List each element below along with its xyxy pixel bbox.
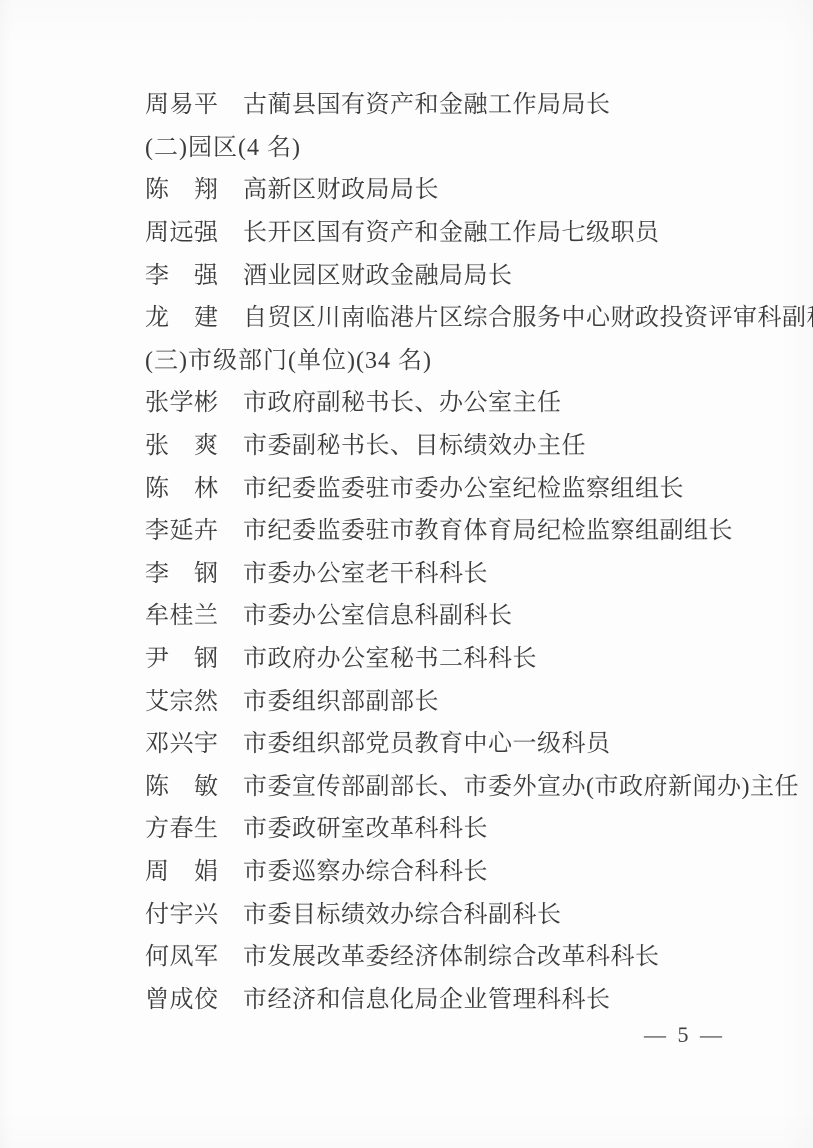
person-title: 市委政研室改革科科长 [243,817,795,841]
list-item: 李 钢市委办公室老干科科长 [145,553,795,596]
list-item: 艾宗然市委组织部副部长 [145,680,795,723]
list-item: 龙 建自贸区川南临港片区综合服务中心财政投资评审科副科长 [145,297,795,340]
list-item: 周远强长开区国有资产和金融工作局七级职员 [145,212,795,255]
person-name: 陈 林 [145,477,243,501]
list-item: 尹 钢市政府办公室秘书二科科长 [145,638,795,681]
person-name: 龙 建 [145,306,243,330]
section-heading: (三)市级部门(单位)(34 名) [145,340,795,383]
person-name: 牟桂兰 [145,604,243,628]
person-title: 市委办公室老干科科长 [243,562,795,586]
person-title: 市纪委监委驻市委办公室纪检监察组组长 [243,477,795,501]
person-title: 酒业园区财政金融局局长 [243,264,795,288]
person-title: 自贸区川南临港片区综合服务中心财政投资评审科副科长 [243,306,813,330]
list-item: 张 爽市委副秘书长、目标绩效办主任 [145,425,795,468]
person-title: 市委目标绩效办综合科副科长 [243,903,795,927]
list-item: 李延卉市纪委监委驻市教育体育局纪检监察组副组长 [145,510,795,553]
person-name: 尹 钢 [145,647,243,671]
list-item: 邓兴宇市委组织部党员教育中心一级科员 [145,723,795,766]
list-item: 方春生市委政研室改革科科长 [145,808,795,851]
person-name: 付宇兴 [145,903,243,927]
appointment-list: 周易平古蔺县国有资产和金融工作局局长(二)园区(4 名)陈 翔高新区财政局局长周… [145,84,795,1021]
person-name: 邓兴宇 [145,732,243,756]
person-name: 张学彬 [145,391,243,415]
list-item: 李 强酒业园区财政金融局局长 [145,254,795,297]
list-item: 何凤军市发展改革委经济体制综合改革科科长 [145,936,795,979]
person-title: 长开区国有资产和金融工作局七级职员 [243,221,795,245]
person-name: 周 娟 [145,860,243,884]
list-item: 陈 翔高新区财政局局长 [145,169,795,212]
person-title: 市纪委监委驻市教育体育局纪检监察组副组长 [243,519,795,543]
person-name: 李延卉 [145,519,243,543]
person-title: 古蔺县国有资产和金融工作局局长 [243,93,795,117]
list-item: 陈 敏市委宣传部副部长、市委外宣办(市政府新闻办)主任 [145,766,795,809]
person-name: 艾宗然 [145,690,243,714]
list-item: 陈 林市纪委监委驻市委办公室纪检监察组组长 [145,467,795,510]
person-title: 市委组织部副部长 [243,690,795,714]
person-title: 市发展改革委经济体制综合改革科科长 [243,945,795,969]
person-title: 市政府副秘书长、办公室主任 [243,391,795,415]
person-title: 市委巡察办综合科科长 [243,860,795,884]
person-title: 市委办公室信息科副科长 [243,604,795,628]
list-item: 曾成佼市经济和信息化局企业管理科科长 [145,978,795,1021]
section-heading: (二)园区(4 名) [145,127,795,170]
person-name: 张 爽 [145,434,243,458]
person-title: 市委宣传部副部长、市委外宣办(市政府新闻办)主任 [243,775,799,799]
list-item: 周 娟市委巡察办综合科科长 [145,851,795,894]
person-title: 市委副秘书长、目标绩效办主任 [243,434,795,458]
person-name: 李 钢 [145,562,243,586]
person-name: 周远强 [145,221,243,245]
person-name: 周易平 [145,93,243,117]
list-item: 付宇兴市委目标绩效办综合科副科长 [145,893,795,936]
person-name: 李 强 [145,264,243,288]
list-item: 张学彬市政府副秘书长、办公室主任 [145,382,795,425]
person-title: 市政府办公室秘书二科科长 [243,647,795,671]
person-name: 陈 敏 [145,775,243,799]
person-title: 高新区财政局局长 [243,178,795,202]
scanned-document-page: 周易平古蔺县国有资产和金融工作局局长(二)园区(4 名)陈 翔高新区财政局局长周… [0,0,813,1148]
person-name: 曾成佼 [145,988,243,1012]
list-item: 牟桂兰市委办公室信息科副科长 [145,595,795,638]
person-name: 何凤军 [145,945,243,969]
person-title: 市委组织部党员教育中心一级科员 [243,732,795,756]
list-item: 周易平古蔺县国有资产和金融工作局局长 [145,84,795,127]
person-name: 陈 翔 [145,178,243,202]
page-number: — 5 — [644,1022,725,1048]
person-name: 方春生 [145,817,243,841]
person-title: 市经济和信息化局企业管理科科长 [243,988,795,1012]
